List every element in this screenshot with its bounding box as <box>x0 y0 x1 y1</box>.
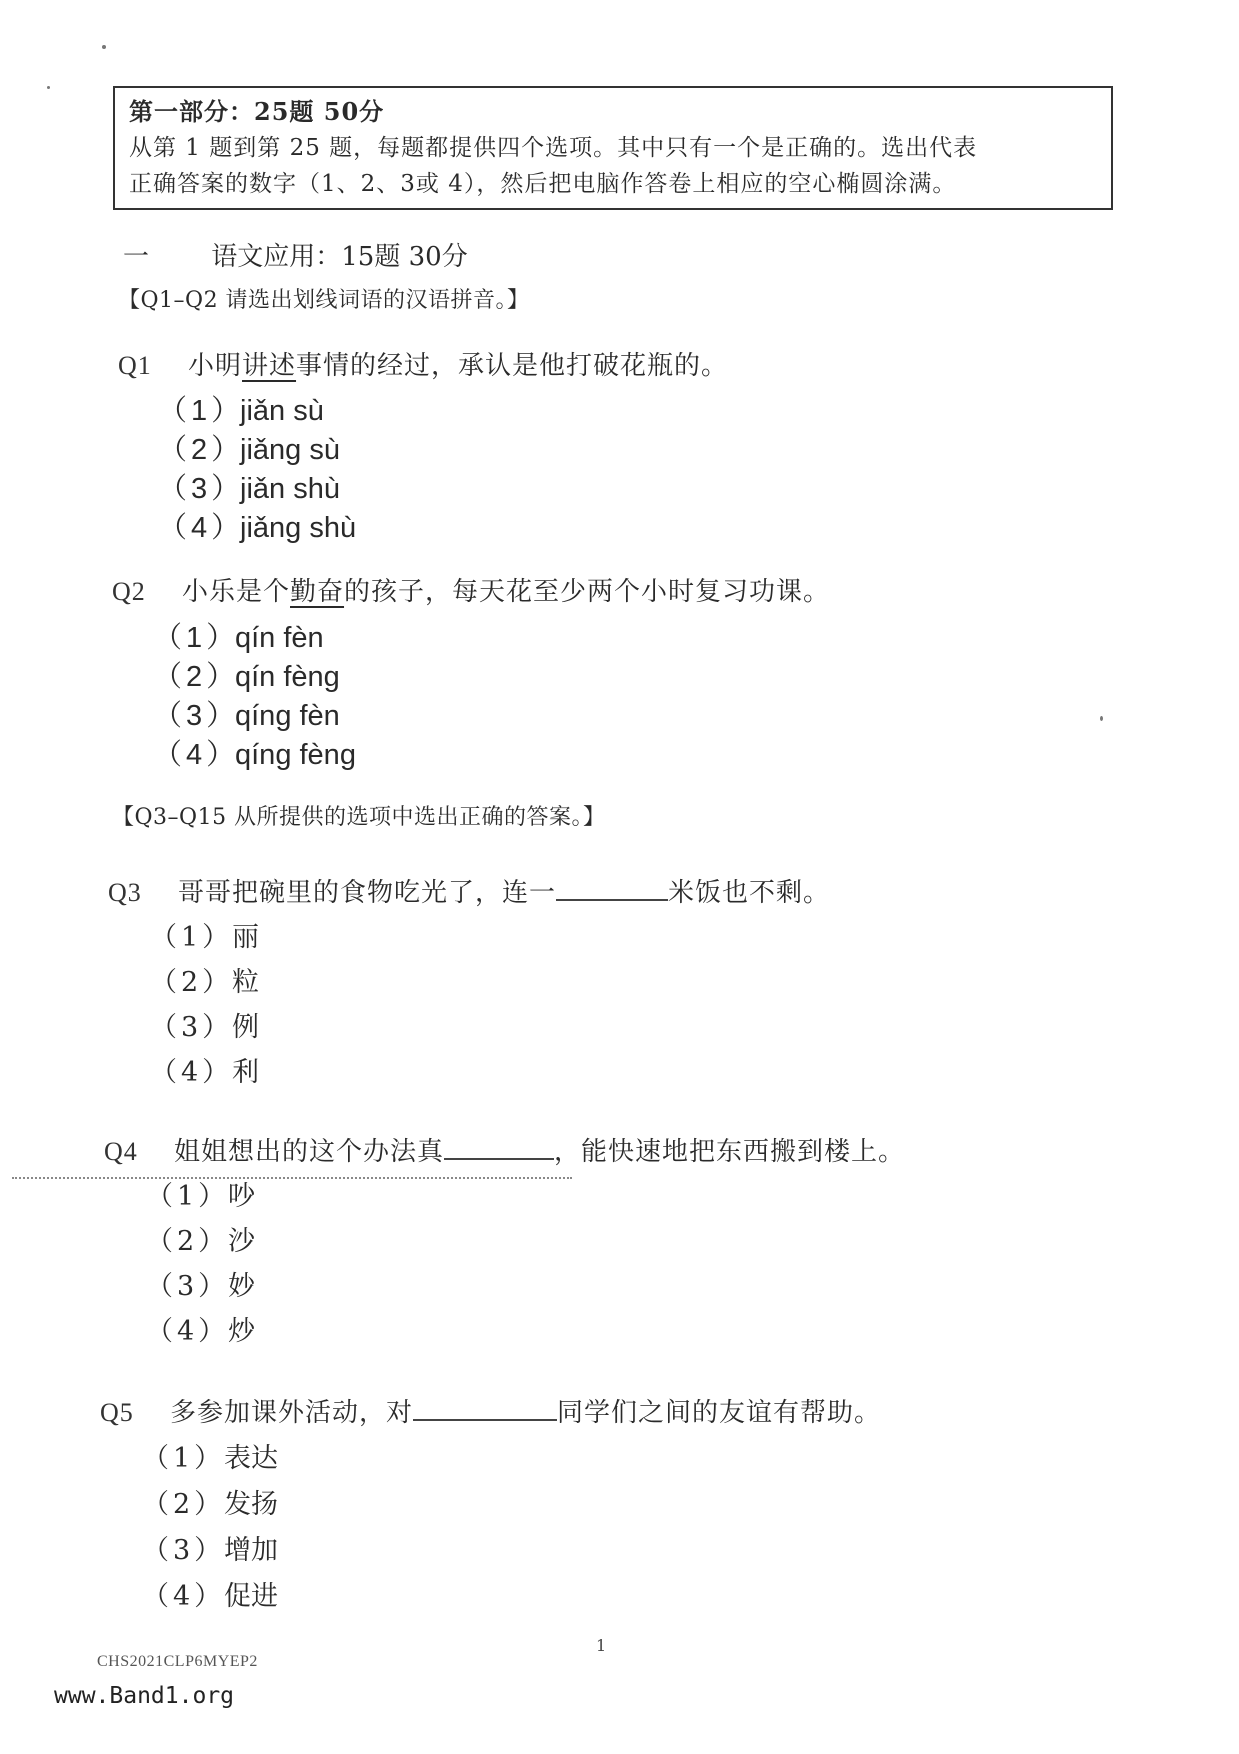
question-text-after: 的孩子，每天花至少两个小时复习功课。 <box>344 577 830 607</box>
question-text-after: 同学们之间的友谊有帮助。 <box>557 1398 881 1428</box>
option-text: 粒 <box>232 967 259 998</box>
option-label: （1） <box>153 615 235 656</box>
option-q1-2[interactable]: （2）jiǎng sù <box>158 427 340 468</box>
option-label: （3） <box>146 1264 228 1303</box>
option-label: （4） <box>150 1050 232 1089</box>
option-label: （4） <box>146 1309 228 1348</box>
option-label: （2） <box>146 1219 228 1258</box>
option-label: （1） <box>146 1174 228 1213</box>
option-text: 发扬 <box>224 1489 278 1520</box>
question-text-before: 多参加课外活动，对 <box>170 1398 413 1428</box>
option-text: jiǎng sù <box>240 434 340 466</box>
part-title: 第一部分：25题 50分 <box>129 94 1097 130</box>
instructions-line-1: 从第 1 题到第 25 题，每题都提供四个选项。其中只有一个是正确的。选出代表 <box>129 130 1097 166</box>
option-label: （3） <box>150 1005 232 1044</box>
option-q4-3[interactable]: （3）妙 <box>146 1264 255 1303</box>
question-number: Q1 <box>118 351 188 381</box>
option-text: 促进 <box>224 1581 278 1612</box>
option-q3-1[interactable]: （1）丽 <box>150 915 259 954</box>
question-number: Q5 <box>100 1398 170 1428</box>
option-q4-4[interactable]: （4）炒 <box>146 1309 255 1348</box>
option-text: 炒 <box>228 1316 255 1347</box>
question-text-before: 小明 <box>188 351 242 381</box>
question-q1: Q1小明讲述事情的经过，承认是他打破花瓶的。 <box>118 345 728 382</box>
option-text: 丽 <box>232 922 259 953</box>
question-q5: Q5多参加课外活动，对同学们之间的友谊有帮助。 <box>100 1392 881 1429</box>
option-q4-2[interactable]: （2）沙 <box>146 1219 255 1258</box>
option-q3-4[interactable]: （4）利 <box>150 1050 259 1089</box>
option-label: （4） <box>158 505 240 546</box>
option-text: 增加 <box>224 1535 278 1566</box>
question-text-after: 事情的经过，承认是他打破花瓶的。 <box>296 351 728 381</box>
option-text: jiǎng shù <box>240 512 356 544</box>
option-q1-3[interactable]: （3）jiǎn shù <box>158 466 340 507</box>
option-label: （1） <box>158 388 240 429</box>
option-q5-4[interactable]: （4）促进 <box>142 1574 278 1613</box>
page-number: 1 <box>596 1636 606 1655</box>
section-title: 语文应用：15题 30分 <box>211 242 467 272</box>
note-q1-q2: 【Q1–Q2 请选出划线词语的汉语拼音。】 <box>118 283 530 314</box>
question-q2: Q2小乐是个勤奋的孩子，每天花至少两个小时复习功课。 <box>112 571 830 608</box>
option-text: jiǎn sù <box>240 395 324 427</box>
option-q2-1[interactable]: （1）qín fèn <box>153 615 324 656</box>
scan-speck <box>1100 716 1103 721</box>
option-q2-3[interactable]: （3）qíng fèn <box>153 693 340 734</box>
option-q3-3[interactable]: （3）例 <box>150 1005 259 1044</box>
option-label: （3） <box>158 466 240 507</box>
answer-blank <box>444 1132 554 1160</box>
option-q5-1[interactable]: （1）表达 <box>142 1436 278 1475</box>
option-label: （3） <box>142 1528 224 1567</box>
option-q5-3[interactable]: （3）增加 <box>142 1528 278 1567</box>
option-text: 表达 <box>224 1443 278 1474</box>
question-text-after: 米饭也不剩。 <box>668 878 830 908</box>
option-label: （2） <box>158 427 240 468</box>
option-q1-4[interactable]: （4）jiǎng shù <box>158 505 356 546</box>
note-q3-q15: 【Q3–Q15 从所提供的选项中选出正确的答案。】 <box>112 800 606 831</box>
dotted-divider <box>12 1177 572 1179</box>
option-label: （4） <box>153 732 235 773</box>
section-number: 一 <box>123 236 203 273</box>
option-label: （1） <box>150 915 232 954</box>
question-number: Q2 <box>112 577 182 607</box>
question-q4: Q4姐姐想出的这个办法真，能快速地把东西搬到楼上。 <box>104 1131 905 1168</box>
option-q3-2[interactable]: （2）粒 <box>150 960 259 999</box>
answer-blank <box>413 1393 557 1421</box>
underlined-word: 讲述 <box>242 351 296 381</box>
question-number: Q3 <box>108 878 178 908</box>
option-text: qíng fèng <box>235 739 356 771</box>
option-text: jiǎn shù <box>240 473 340 505</box>
question-text-before: 哥哥把碗里的食物吃光了，连一 <box>178 878 556 908</box>
option-q4-1[interactable]: （1）吵 <box>146 1174 255 1213</box>
option-text: 吵 <box>228 1181 255 1212</box>
question-number: Q4 <box>104 1137 174 1167</box>
scan-speck <box>47 86 50 89</box>
paper-code: CHS2021CLP6MYEP2 <box>97 1653 258 1671</box>
option-text: qíng fèn <box>235 700 340 732</box>
option-text: 例 <box>232 1012 259 1043</box>
option-label: （3） <box>153 693 235 734</box>
option-label: （2） <box>150 960 232 999</box>
option-q2-4[interactable]: （4）qíng fèng <box>153 732 356 773</box>
instructions-line-2: 正确答案的数字（1、2、3或 4），然后把电脑作答卷上相应的空心椭圆涂满。 <box>129 166 1097 202</box>
option-text: 利 <box>232 1057 259 1088</box>
instructions-box: 第一部分：25题 50分 从第 1 题到第 25 题，每题都提供四个选项。其中只… <box>113 86 1113 210</box>
option-text: 妙 <box>228 1271 255 1302</box>
scan-speck <box>102 45 106 49</box>
answer-blank <box>556 873 668 901</box>
option-text: 沙 <box>228 1226 255 1257</box>
option-q2-2[interactable]: （2）qín fèng <box>153 654 340 695</box>
section-heading: 一 语文应用：15题 30分 <box>123 236 468 273</box>
option-label: （1） <box>142 1436 224 1475</box>
option-label: （2） <box>153 654 235 695</box>
option-label: （2） <box>142 1482 224 1521</box>
underlined-word: 勤奋 <box>290 577 344 607</box>
option-text: qín fèng <box>235 661 340 693</box>
option-q5-2[interactable]: （2）发扬 <box>142 1482 278 1521</box>
option-q1-1[interactable]: （1）jiǎn sù <box>158 388 324 429</box>
question-text-after: ，能快速地把东西搬到楼上。 <box>554 1137 905 1167</box>
option-label: （4） <box>142 1574 224 1613</box>
option-text: qín fèn <box>235 622 324 654</box>
question-text-before: 小乐是个 <box>182 577 290 607</box>
question-q3: Q3哥哥把碗里的食物吃光了，连一米饭也不剩。 <box>108 872 830 909</box>
watermark-link[interactable]: www.Band1.org <box>48 1683 240 1709</box>
question-text-before: 姐姐想出的这个办法真 <box>174 1137 444 1167</box>
